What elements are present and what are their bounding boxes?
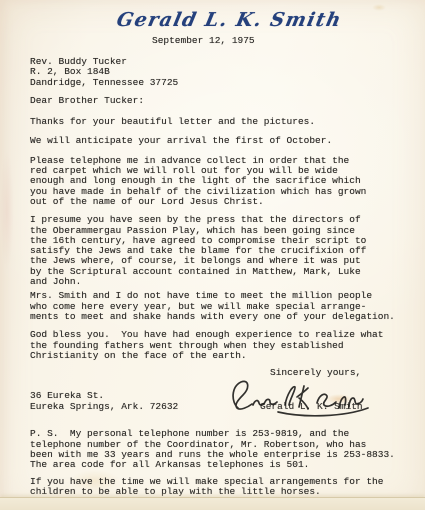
final-note: If you have the time we will make specia… — [30, 477, 408, 498]
paragraph-god-bless: God bless you. You have had enough exper… — [30, 330, 408, 361]
postscript: P. S. My personal telephone number is 25… — [30, 429, 408, 470]
sender-address-block: 36 Eureka St. Eureka Springs, Ark. 72632 — [30, 391, 178, 412]
letter-date: September 12, 1975 — [152, 36, 255, 46]
letterhead-script-name: Gerald L. K. Smith — [115, 8, 345, 32]
paragraph-passion-play: I presume you have seen by the press tha… — [30, 215, 408, 287]
letter-body: Rev. Buddy Tucker R. 2, Box 184B Dandrid… — [30, 57, 408, 497]
paragraph-telephone: Please telephone me in advance collect i… — [30, 156, 408, 207]
paragraph-arrangements: Mrs. Smith and I do not have time to mee… — [30, 291, 408, 322]
paragraph-arrival: We will anticipate your arrival the firs… — [30, 136, 408, 146]
handwritten-signature — [222, 375, 380, 421]
paper-bottom-edge — [0, 497, 425, 510]
recipient-address-block: Rev. Buddy Tucker R. 2, Box 184B Dandrid… — [30, 57, 408, 88]
signature-row: 36 Eureka St. Eureka Springs, Ark. 72632… — [30, 378, 408, 428]
letterhead: Gerald L. K. Smith — [17, 8, 425, 32]
paragraph-thanks: Thanks for your beautiful letter and the… — [30, 117, 408, 127]
letter-scan: { "page": { "paper_color": "#f9f4e8", "i… — [0, 0, 425, 510]
salutation: Dear Brother Tucker: — [30, 96, 408, 106]
left-edge-discoloration — [0, 150, 14, 270]
